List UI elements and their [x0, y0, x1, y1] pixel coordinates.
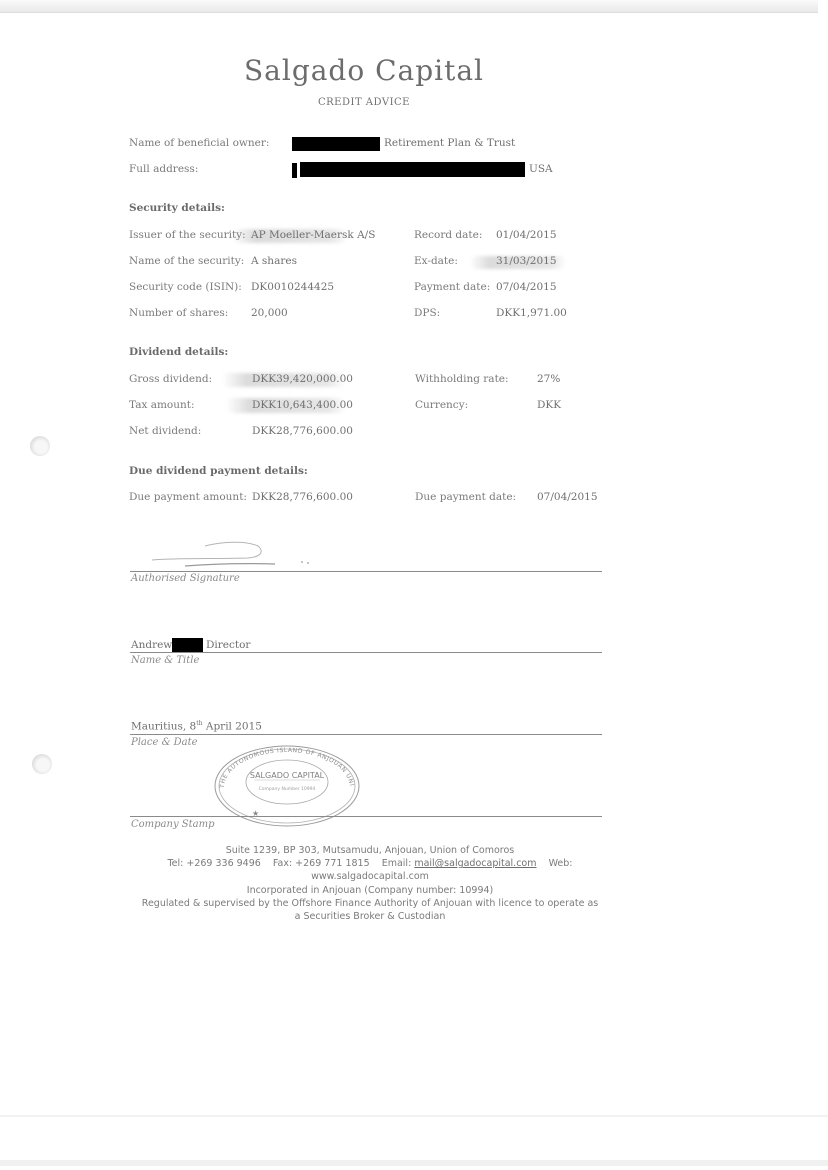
signatory-first-name: Andrew: [131, 639, 172, 651]
company-title: Salgado Capital: [0, 54, 728, 87]
isin-label: Security code (ISIN):: [129, 281, 242, 293]
address-value: USA: [529, 163, 553, 175]
withholding-rate-value: 27%: [537, 373, 560, 385]
shares-label: Number of shares:: [129, 307, 228, 319]
dps-label: DPS:: [414, 307, 440, 319]
name-line: [130, 652, 602, 653]
footer-tel: Tel: +269 336 9496: [167, 858, 260, 869]
section-heading-due-payment: Due dividend payment details:: [129, 465, 308, 477]
ex-date-value: 31/03/2015: [496, 255, 557, 267]
tax-amount-label: Tax amount:: [129, 399, 195, 411]
ex-date-label: Ex-date:: [414, 255, 458, 267]
record-date-label: Record date:: [414, 229, 482, 241]
issuer-label: Issuer of the security:: [129, 229, 246, 241]
redaction-bar: [292, 137, 380, 151]
due-date-label: Due payment date:: [415, 491, 516, 503]
place-date-rest: April 2015: [203, 721, 262, 733]
stamp-caption: Company Stamp: [131, 819, 215, 830]
withholding-rate-label: Withholding rate:: [415, 373, 509, 385]
signatory-title: Director: [206, 639, 250, 651]
net-dividend-value: DKK28,776,600.00: [252, 425, 353, 437]
footer-regulated-2: a Securities Broker & Custodian: [120, 910, 620, 923]
place-date-line: [130, 734, 602, 735]
isin-value: DK0010244425: [251, 281, 334, 293]
signature-line: [130, 571, 602, 572]
footer-address: Suite 1239, BP 303, Mutsamudu, Anjouan, …: [120, 844, 620, 857]
document-type: CREDIT ADVICE: [0, 97, 728, 108]
svg-text:THE AUTONOMOUS ISLAND OF ANJOU: THE AUTONOMOUS ISLAND OF ANJOUAN UNION O…: [212, 740, 355, 789]
redaction-bar: [172, 638, 203, 652]
owner-name-label: Name of beneficial owner:: [129, 137, 269, 149]
gross-dividend-label: Gross dividend:: [129, 373, 212, 385]
redaction-bar: [300, 162, 525, 177]
section-heading-security: Security details:: [129, 202, 225, 214]
footer-incorporated: Incorporated in Anjouan (Company number:…: [120, 884, 620, 897]
footer-fax: Fax: +269 771 1815: [273, 858, 370, 869]
footer-contact: Tel: +269 336 9496 Fax: +269 771 1815 Em…: [120, 857, 620, 870]
gross-dividend-value: DKK39,420,000.00: [252, 373, 353, 385]
due-amount-value: DKK28,776,600.00: [252, 491, 353, 503]
footer-email-label: Email:: [382, 858, 412, 869]
footer-web: www.salgadocapital.com: [120, 870, 620, 883]
due-date-value: 07/04/2015: [537, 491, 598, 503]
footer-email-link[interactable]: mail@salgadocapital.com: [414, 858, 536, 869]
currency-value: DKK: [537, 399, 561, 411]
net-dividend-label: Net dividend:: [129, 425, 201, 437]
issuer-value: AP Moeller-Maersk A/S: [251, 229, 375, 241]
stamp-center-sub: Company Number 10994: [259, 786, 316, 792]
shares-value: 20,000: [251, 307, 288, 319]
punch-hole: [30, 436, 50, 456]
owner-name-value: Retirement Plan & Trust: [384, 137, 515, 149]
name-title-caption: Name & Title: [131, 655, 199, 666]
redaction-bar: [292, 163, 297, 178]
place-date-text: Mauritius, 8: [131, 721, 196, 733]
security-name-value: A shares: [251, 255, 297, 267]
stamp-line: [130, 816, 602, 817]
record-date-value: 01/04/2015: [496, 229, 557, 241]
scan-top-edge: [0, 0, 818, 13]
footer-web-label: Web:: [549, 858, 573, 869]
place-date-value: Mauritius, 8th April 2015: [131, 720, 262, 733]
section-heading-dividend: Dividend details:: [129, 346, 228, 358]
scan-bottom-edge: [0, 1115, 828, 1117]
stamp-ring-text: THE AUTONOMOUS ISLAND OF ANJOUAN UNION O…: [212, 740, 355, 789]
payment-date-label: Payment date:: [414, 281, 490, 293]
company-footer: Suite 1239, BP 303, Mutsamudu, Anjouan, …: [120, 844, 620, 923]
handwritten-signature: [150, 540, 330, 572]
footer-regulated: Regulated & supervised by the Offshore F…: [120, 897, 620, 910]
tax-amount-value: DKK10,643,400.00: [252, 399, 353, 411]
security-name-label: Name of the security:: [129, 255, 244, 267]
payment-date-value: 07/04/2015: [496, 281, 557, 293]
currency-label: Currency:: [415, 399, 468, 411]
dps-value: DKK1,971.00: [496, 307, 567, 319]
due-amount-label: Due payment amount:: [129, 491, 247, 503]
scan-bottom-edge: [0, 1160, 828, 1166]
place-date-caption: Place & Date: [131, 737, 198, 748]
signature-caption: Authorised Signature: [131, 573, 240, 584]
stamp-center-name: SALGADO CAPITAL: [250, 771, 325, 780]
punch-hole: [32, 754, 52, 774]
address-label: Full address:: [129, 163, 198, 175]
